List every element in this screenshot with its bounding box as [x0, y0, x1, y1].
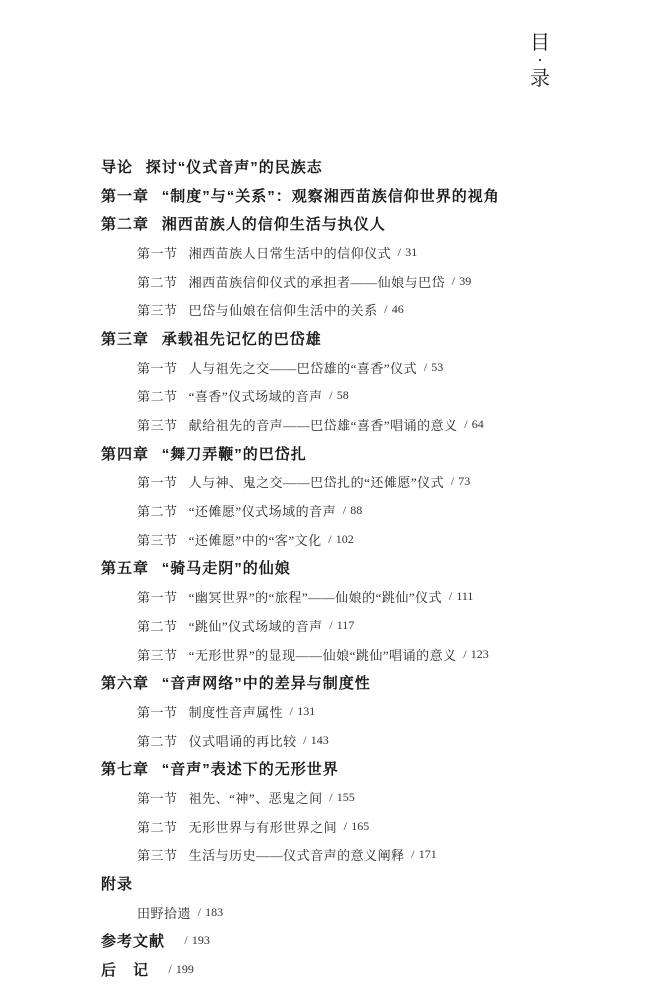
toc-page-separator: / [449, 589, 452, 604]
toc-item: 第二节“喜香”仪式场域的音声/58 [101, 382, 601, 411]
toc-item-title: “还傩愿”仪式场域的音声 [189, 501, 337, 520]
toc-item-label: 第二节 [137, 501, 178, 520]
toc-item-title: “舞刀弄鞭”的巴岱扎 [162, 443, 307, 464]
toc-page-separator: / [198, 905, 201, 920]
toc-item-title: 祖先、“神”、恶鬼之间 [189, 788, 323, 807]
toc-item-title: 湘西苗族人的信仰生活与执仪人 [162, 213, 386, 234]
toc-page-number: 155 [337, 790, 355, 805]
toc-item: 附录 [101, 869, 601, 898]
toc-page-number: 183 [205, 905, 223, 920]
toc-item: 第三节“还傩愿”中的“客”文化/102 [101, 525, 601, 554]
toc-page-number: 58 [337, 388, 349, 403]
toc-item-label: 第三节 [137, 645, 178, 664]
toc-item: 参考文献/193 [101, 927, 601, 956]
toc-item-label: 第二节 [137, 272, 178, 291]
toc-page-separator: / [329, 790, 332, 805]
toc-page-number: 171 [419, 847, 437, 862]
toc-page-number: 53 [431, 360, 443, 375]
toc-item-title: “音声”表述下的无形世界 [162, 758, 339, 779]
toc-page-separator: / [168, 962, 171, 977]
toc-page-number: 64 [472, 417, 484, 432]
toc-item: 第一节“幽冥世界”的“旅程”——仙娘的“跳仙”仪式/111 [101, 582, 601, 611]
toc-item-title: 湘西苗族信仰仪式的承担者——仙娘与巴岱 [189, 272, 446, 291]
toc-item-label: 导论 [101, 156, 133, 177]
toc-page-separator: / [398, 245, 401, 260]
toc-item: 第一节湘西苗族人日常生活中的信仰仪式/31 [101, 238, 601, 267]
toc-item: 导论探讨“仪式音声”的民族志 [101, 152, 601, 181]
toc-page-separator: / [464, 417, 467, 432]
toc-page-number: 143 [311, 733, 329, 748]
toc-page-number: 46 [392, 302, 404, 317]
toc-item-title: 承载祖先记忆的巴岱雄 [162, 328, 322, 349]
toc-item-label: 第一节 [137, 243, 178, 262]
toc-page-separator: / [343, 503, 346, 518]
toc-item: 第三节“无形世界”的显现——仙娘“跳仙”唱诵的意义/123 [101, 640, 601, 669]
toc-item-label: 第三节 [137, 300, 178, 319]
title-char-lu: 录 [530, 67, 550, 90]
toc-item-title: “音声网络”中的差异与制度性 [162, 672, 371, 693]
toc-item-label: 第三节 [137, 415, 178, 434]
toc-item-title: “无形世界”的显现——仙娘“跳仙”唱诵的意义 [189, 645, 457, 664]
toc-item-title: “制度”与“关系”：观察湘西苗族信仰世界的视角 [162, 185, 500, 206]
toc-item-label: 第二节 [137, 731, 178, 750]
toc-item-title: 人与祖先之交——巴岱雄的“喜香”仪式 [189, 358, 418, 377]
toc-item: 第六章“音声网络”中的差异与制度性 [101, 668, 601, 697]
toc-page-number: 123 [471, 647, 489, 662]
toc-item: 第一章“制度”与“关系”：观察湘西苗族信仰世界的视角 [101, 181, 601, 210]
toc-item-label: 第七章 [101, 758, 149, 779]
toc-page-separator: / [328, 532, 331, 547]
toc-item-title: 田野拾遗 [137, 903, 191, 922]
toc-item-label: 第三节 [137, 845, 178, 864]
toc-item-label: 第一节 [137, 472, 178, 491]
toc-item-title: “还傩愿”中的“客”文化 [189, 530, 322, 549]
toc-item: 第五章“骑马走阴”的仙娘 [101, 554, 601, 583]
toc-item: 后 记/199 [101, 955, 601, 984]
toc-page-separator: / [384, 302, 387, 317]
toc-item-label: 附录 [101, 873, 133, 894]
toc-list: 导论探讨“仪式音声”的民族志第一章“制度”与“关系”：观察湘西苗族信仰世界的视角… [101, 152, 601, 984]
toc-item-label: 第四章 [101, 443, 149, 464]
toc-item-label: 后 记 [101, 959, 149, 980]
toc-item: 第一节祖先、“神”、恶鬼之间/155 [101, 783, 601, 812]
toc-page-separator: / [329, 618, 332, 633]
toc-item: 第一节人与祖先之交——巴岱雄的“喜香”仪式/53 [101, 353, 601, 382]
toc-item-title: “幽冥世界”的“旅程”——仙娘的“跳仙”仪式 [189, 587, 443, 606]
toc-item: 第一节制度性音声属性/131 [101, 697, 601, 726]
toc-item-title: “骑马走阴”的仙娘 [162, 557, 291, 578]
toc-item: 第二节无形世界与有形世界之间/165 [101, 812, 601, 841]
toc-item-label: 第一节 [137, 702, 178, 721]
toc-item-title: “喜香”仪式场域的音声 [189, 386, 323, 405]
toc-item: 第二节仪式唱诵的再比较/143 [101, 726, 601, 755]
toc-item-label: 第一章 [101, 185, 149, 206]
toc-item-title: 生活与历史——仪式音声的意义阐释 [189, 845, 405, 864]
toc-item-label: 参考文献 [101, 930, 165, 951]
toc-page-number: 111 [456, 589, 473, 604]
toc-item: 第四章“舞刀弄鞭”的巴岱扎 [101, 439, 601, 468]
toc-page-separator: / [452, 274, 455, 289]
toc-item-label: 第二章 [101, 213, 149, 234]
toc-page-number: 102 [336, 532, 354, 547]
toc-item-label: 第二节 [137, 616, 178, 635]
page-title-vertical: 目 · 录 [526, 31, 554, 90]
toc-page-separator: / [184, 933, 187, 948]
toc-item-title: 湘西苗族人日常生活中的信仰仪式 [189, 243, 392, 262]
toc-item-title: 制度性音声属性 [189, 702, 284, 721]
toc-item-title: 巴岱与仙娘在信仰生活中的关系 [189, 300, 378, 319]
toc-item: 第七章“音声”表述下的无形世界 [101, 754, 601, 783]
toc-item-title: 无形世界与有形世界之间 [189, 817, 338, 836]
toc-item-title: 探讨“仪式音声”的民族志 [146, 156, 323, 177]
toc-item: 第三节献给祖先的音声——巴岱雄“喜香”唱诵的意义/64 [101, 410, 601, 439]
toc-page-number: 31 [405, 245, 417, 260]
toc-item-title: 人与神、鬼之交——巴岱扎的“还傩愿”仪式 [189, 472, 445, 491]
toc-item-label: 第一节 [137, 358, 178, 377]
toc-item-label: 第一节 [137, 788, 178, 807]
toc-item-title: “跳仙”仪式场域的音声 [189, 616, 323, 635]
toc-item: 第二章湘西苗族人的信仰生活与执仪人 [101, 209, 601, 238]
toc-page-number: 199 [176, 962, 194, 977]
toc-page-separator: / [303, 733, 306, 748]
toc-item-label: 第六章 [101, 672, 149, 693]
toc-page-separator: / [451, 474, 454, 489]
toc-item: 田野拾遗/183 [101, 898, 601, 927]
toc-item-label: 第二节 [137, 386, 178, 405]
toc-page-separator: / [290, 704, 293, 719]
toc-item: 第二节湘西苗族信仰仪式的承担者——仙娘与巴岱/39 [101, 267, 601, 296]
toc-page: 目 · 录 导论探讨“仪式音声”的民族志第一章“制度”与“关系”：观察湘西苗族信… [0, 0, 650, 1003]
toc-item-label: 第一节 [137, 587, 178, 606]
toc-page-number: 165 [351, 819, 369, 834]
toc-page-number: 73 [458, 474, 470, 489]
toc-page-number: 131 [297, 704, 315, 719]
toc-item: 第三节巴岱与仙娘在信仰生活中的关系/46 [101, 295, 601, 324]
toc-page-number: 88 [350, 503, 362, 518]
toc-page-number: 39 [459, 274, 471, 289]
toc-item: 第一节人与神、鬼之交——巴岱扎的“还傩愿”仪式/73 [101, 468, 601, 497]
toc-item-label: 第五章 [101, 557, 149, 578]
toc-page-separator: / [344, 819, 347, 834]
toc-item-label: 第二节 [137, 817, 178, 836]
title-char-mu: 目 [530, 31, 550, 54]
toc-item-title: 献给祖先的音声——巴岱雄“喜香”唱诵的意义 [189, 415, 458, 434]
toc-page-number: 193 [192, 933, 210, 948]
toc-item: 第二节“跳仙”仪式场域的音声/117 [101, 611, 601, 640]
toc-page-separator: / [411, 847, 414, 862]
toc-item-label: 第三节 [137, 530, 178, 549]
toc-page-number: 117 [337, 618, 355, 633]
toc-page-separator: / [463, 647, 466, 662]
toc-item-label: 第三章 [101, 328, 149, 349]
toc-item: 第三节生活与历史——仪式音声的意义阐释/171 [101, 841, 601, 870]
toc-item-title: 仪式唱诵的再比较 [189, 731, 297, 750]
toc-item: 第三章承载祖先记忆的巴岱雄 [101, 324, 601, 353]
toc-page-separator: / [329, 388, 332, 403]
toc-item: 第二节“还傩愿”仪式场域的音声/88 [101, 496, 601, 525]
toc-page-separator: / [424, 360, 427, 375]
